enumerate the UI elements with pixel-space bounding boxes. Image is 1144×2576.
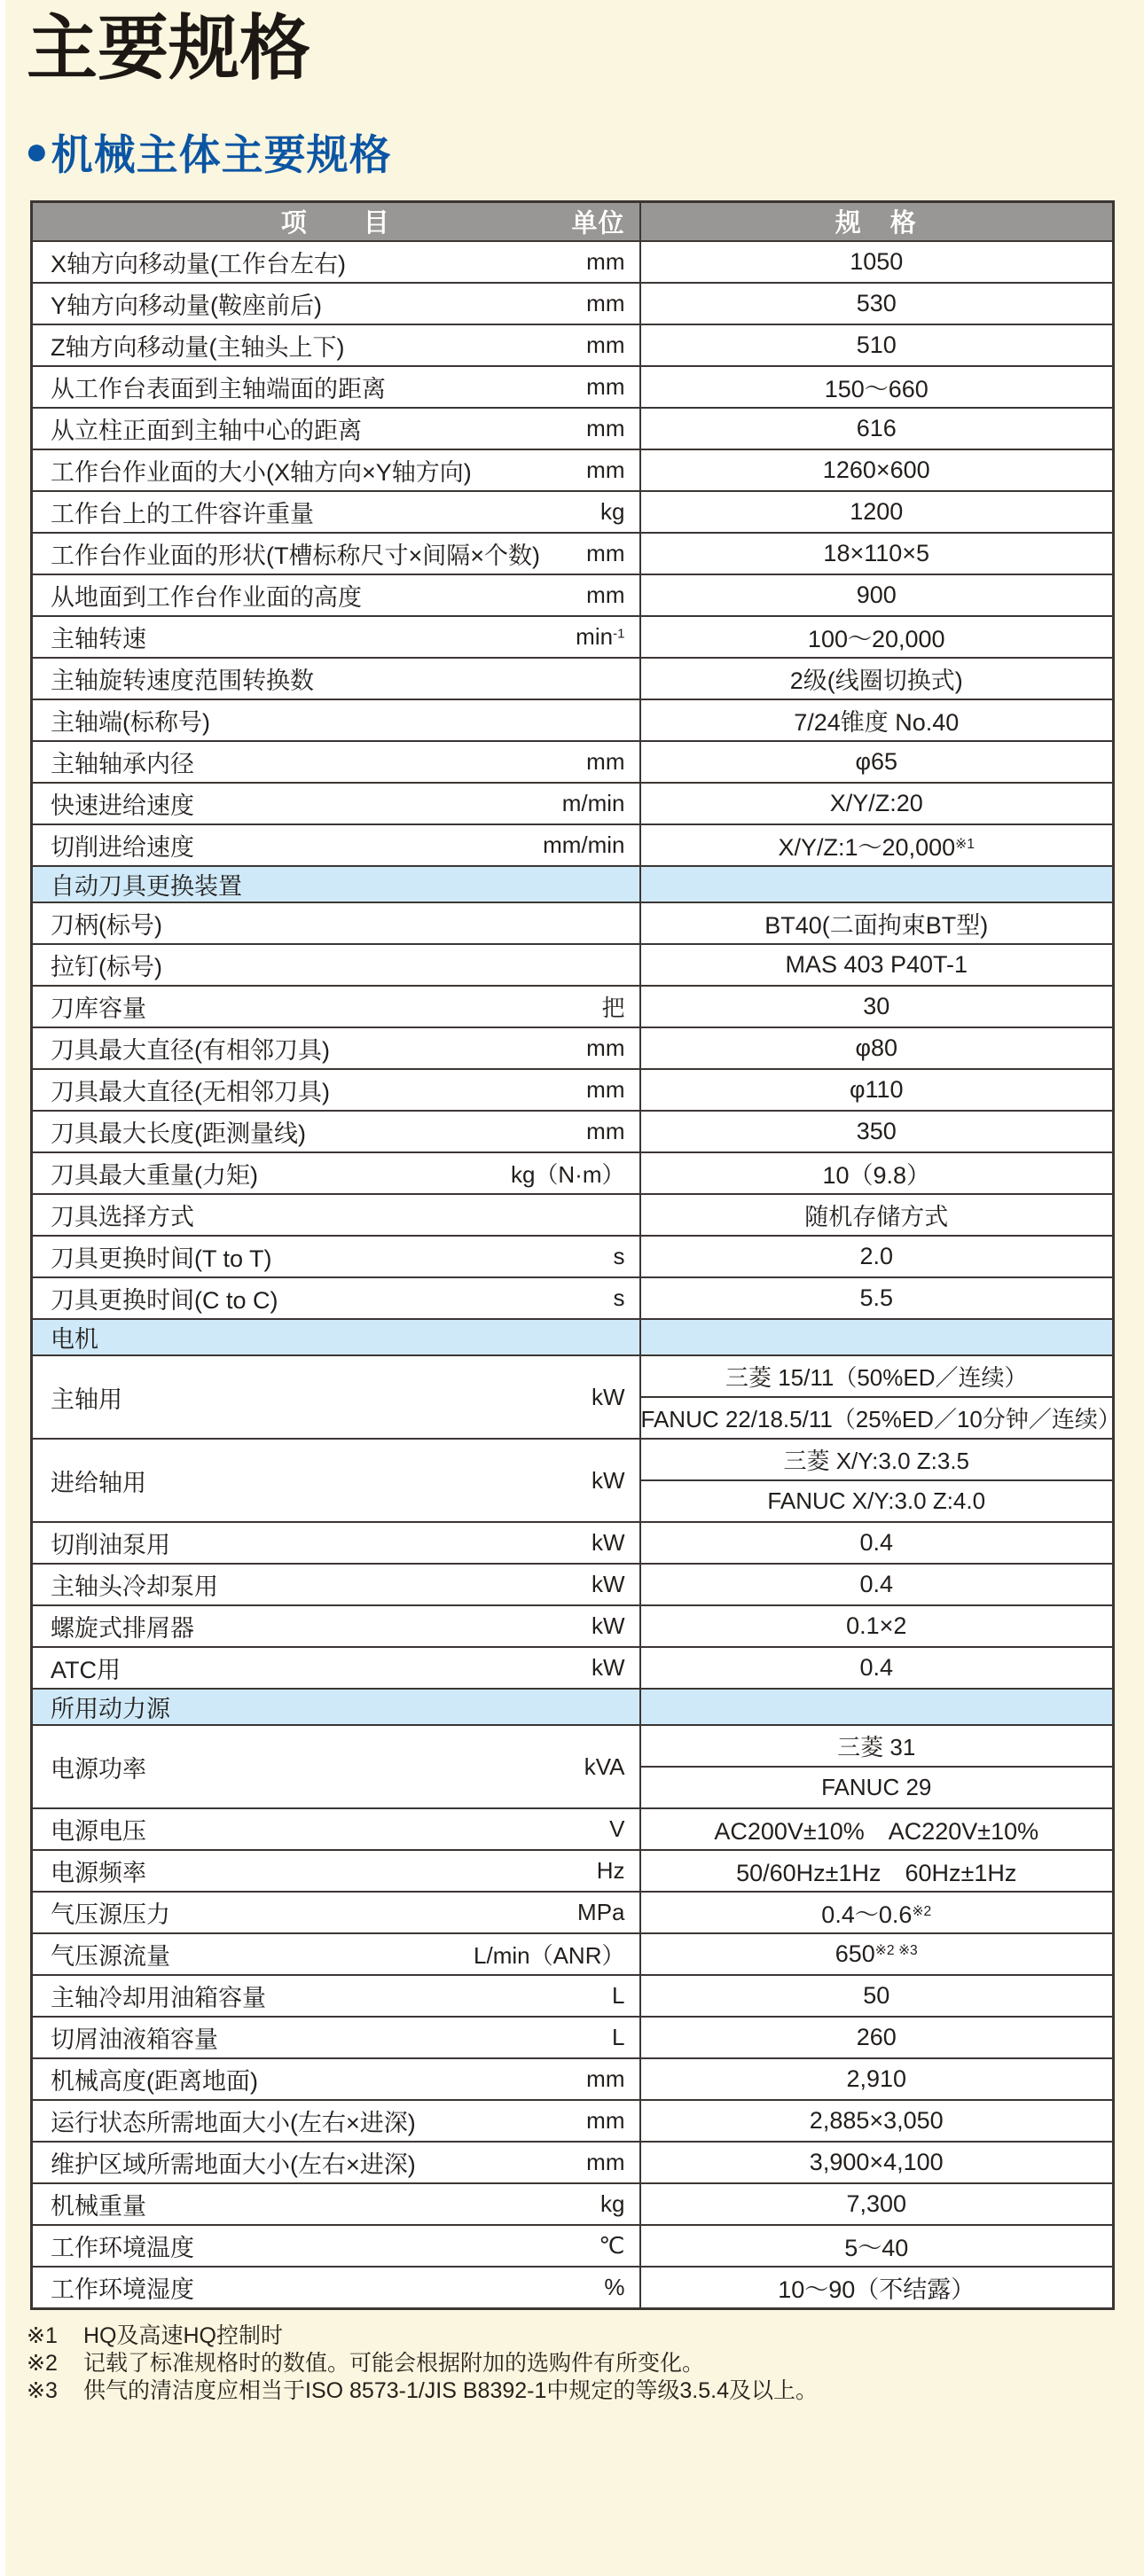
value-cell: 0.1×2: [640, 1605, 1114, 1647]
unit-label: s: [614, 1284, 639, 1312]
item-unit-wrap: 刀具选择方式: [33, 1198, 639, 1232]
group-row: 主轴用kW三菱 15/11（50%ED／连续）: [32, 1355, 1114, 1397]
item-unit-wrap: 主轴转速min-1: [33, 620, 639, 654]
table-row: 机械高度(距离地面)mm2,910: [32, 2058, 1114, 2100]
footnote-text: HQ及高速HQ控制时: [73, 2322, 283, 2350]
unit-label: kW: [592, 1384, 639, 1411]
item-unit-wrap: 拉钉(标号): [33, 948, 639, 982]
value-cell: 5～40: [640, 2225, 1114, 2267]
item-unit-wrap: 电源电压V: [33, 1812, 639, 1846]
item-unit-wrap: 工作台作业面的形状(T槽标称尺寸×间隔×个数)mm: [33, 536, 639, 571]
page-left-edge: [0, 0, 5, 2576]
table-row: 主轴轴承内径mmφ65: [32, 741, 1114, 783]
value-cell: 三菱 15/11（50%ED／连续）: [640, 1355, 1114, 1397]
section-row: 自动刀具更换装置: [32, 866, 1114, 902]
item-unit-cell: 主轴用kW: [32, 1355, 640, 1439]
table-row: 切削进给速度mm/minX/Y/Z:1～20,000※1: [32, 824, 1114, 866]
item-label: 气压源压力: [33, 1895, 170, 1930]
table-row: 机械重量kg7,300: [32, 2183, 1114, 2225]
unit-label: MPa: [577, 1899, 639, 1926]
item-label: 主轴冷却用油箱容量: [33, 1979, 266, 2013]
section-subtitle: ● 机械主体主要规格: [25, 122, 1144, 182]
table-row: 从地面到工作台作业面的高度mm900: [32, 574, 1114, 616]
item-unit-cell: 刀具选择方式: [32, 1194, 640, 1236]
value-cell: 50: [640, 1975, 1114, 2017]
item-unit-cell: 维护区域所需地面大小(左右×进深)mm: [32, 2142, 640, 2183]
group-row: 进给轴用kW三菱 X/Y:3.0 Z:3.5: [32, 1439, 1114, 1480]
unit-label: mm: [586, 582, 639, 609]
value-cell: 2级(线圈切换式): [640, 658, 1114, 699]
item-unit-wrap: 主轴用kW: [33, 1380, 639, 1415]
value-cell: 1260×600: [640, 449, 1114, 491]
item-label: 切削油泵用: [33, 1526, 170, 1560]
unit-label: m/min: [562, 790, 639, 817]
value-cell: 510: [640, 324, 1114, 366]
value-cell: φ110: [640, 1069, 1114, 1111]
item-label: 快速进给速度: [33, 786, 194, 821]
item-label: 主轴用: [33, 1380, 122, 1415]
table-row: 主轴冷却用油箱容量L50: [32, 1975, 1114, 2017]
value-cell: 50/60Hz±1Hz 60Hz±1Hz: [640, 1850, 1114, 1892]
unit-label: V: [609, 1815, 639, 1843]
unit-label: kW: [592, 1654, 639, 1682]
item-unit-wrap: 主轴端(标称号): [33, 703, 639, 738]
column-header-item-unit: 项 目 单位: [32, 201, 640, 241]
item-label: 工作环境温度: [33, 2229, 194, 2263]
value-cell: 260: [640, 2017, 1114, 2058]
table-row: 维护区域所需地面大小(左右×进深)mm3,900×4,100: [32, 2142, 1114, 2183]
item-unit-cell: 电源功率kVA: [32, 1725, 640, 1808]
value-cell: 900: [640, 574, 1114, 616]
item-label: Z轴方向移动量(主轴头上下): [33, 328, 344, 363]
value-cell: FANUC 22/18.5/11（25%ED／10分钟／连续）: [640, 1397, 1114, 1439]
item-unit-wrap: 工作环境湿度%: [33, 2270, 639, 2305]
column-header-unit: 单位: [571, 203, 624, 239]
footnote-item: ※2 记载了标准规格时的数值。可能会根据附加的选购件有所变化。: [27, 2350, 1144, 2377]
item-label: 刀具更换时间(C to C): [33, 1281, 278, 1315]
table-row: X轴方向移动量(工作台左右)mm1050: [32, 241, 1114, 283]
table-row: Y轴方向移动量(鞍座前后)mm530: [32, 283, 1114, 324]
item-unit-wrap: ATC用kW: [33, 1651, 639, 1685]
value-cell: 350: [640, 1111, 1114, 1152]
item-label: 从立柱正面到主轴中心的距离: [33, 411, 362, 446]
unit-label: L: [612, 1982, 639, 2010]
item-label: 工作台作业面的形状(T槽标称尺寸×间隔×个数): [33, 536, 540, 571]
item-label: 主轴轴承内径: [33, 745, 194, 779]
table-row: 刀具最大重量(力矩)kg（N·m）10（9.8）: [32, 1152, 1114, 1194]
item-label: 拉钉(标号): [33, 948, 162, 982]
table-row: 工作台作业面的大小(X轴方向×Y轴方向)mm1260×600: [32, 449, 1114, 491]
item-unit-wrap: 气压源压力MPa: [33, 1895, 639, 1930]
value-cell: FANUC X/Y:3.0 Z:4.0: [640, 1480, 1114, 1522]
item-unit-wrap: 机械重量kg: [33, 2187, 639, 2221]
table-row: 气压源压力MPa0.4～0.6※2: [32, 1892, 1114, 1933]
footnote-mark: ※3: [27, 2377, 73, 2405]
table-row: 快速进给速度m/minX/Y/Z:20: [32, 783, 1114, 824]
footnote-item: ※3 供气的清洁度应相当于ISO 8573-1/JIS B8392-1中规定的等…: [27, 2377, 1144, 2405]
unit-label: kg（N·m）: [511, 1157, 639, 1190]
table-row: 切削油泵用kW0.4: [32, 1522, 1114, 1564]
item-unit-wrap: 快速进给速度m/min: [33, 786, 639, 821]
value-cell: 150～660: [640, 366, 1114, 408]
table-row: 刀库容量把30: [32, 986, 1114, 1027]
item-unit-wrap: 刀柄(标号): [33, 906, 639, 941]
footnote-mark: ※2: [27, 2350, 73, 2377]
item-unit-wrap: 从地面到工作台作业面的高度mm: [33, 578, 639, 613]
item-unit-cell: 刀柄(标号): [32, 902, 640, 944]
unit-label: kW: [592, 1529, 639, 1557]
item-unit-cell: 运行状态所需地面大小(左右×进深)mm: [32, 2100, 640, 2142]
table-row: 工作环境温度℃5～40: [32, 2225, 1114, 2267]
item-label: 从地面到工作台作业面的高度: [33, 578, 362, 613]
item-unit-cell: 气压源压力MPa: [32, 1892, 640, 1933]
item-label: 切削进给速度: [33, 828, 194, 863]
item-unit-wrap: 刀具更换时间(T to T)s: [33, 1239, 639, 1274]
column-header-spec: 规 格: [640, 201, 1114, 241]
section-row: 电机: [32, 1319, 1114, 1355]
item-label: 气压源流量: [33, 1937, 170, 1971]
item-unit-wrap: 主轴旋转速度范围转换数: [33, 661, 639, 696]
section-label-cell: 电机: [32, 1319, 640, 1355]
value-cell: 2.0: [640, 1236, 1114, 1277]
item-unit-wrap: 机械高度(距离地面)mm: [33, 2062, 639, 2096]
item-unit-cell: 螺旋式排屑器kW: [32, 1605, 640, 1647]
table-row: 运行状态所需地面大小(左右×进深)mm2,885×3,050: [32, 2100, 1114, 2142]
item-label: Y轴方向移动量(鞍座前后): [33, 286, 322, 321]
unit-label: min-1: [576, 623, 639, 651]
item-label: 电源电压: [33, 1812, 146, 1846]
unit-label: mm: [586, 248, 639, 276]
section-row: 所用动力源: [32, 1689, 1114, 1725]
table-row: 切屑油液箱容量L260: [32, 2017, 1114, 2058]
value-cell: 616: [640, 408, 1114, 449]
item-unit-wrap: 主轴冷却用油箱容量L: [33, 1979, 639, 2013]
item-label: 刀具更换时间(T to T): [33, 1239, 272, 1274]
value-cell: BT40(二面拘束BT型): [640, 902, 1114, 944]
item-label: 工作台上的工件容许重量: [33, 495, 314, 529]
item-unit-wrap: 刀具最大长度(距测量线)mm: [33, 1114, 639, 1149]
value-cell: 650※2 ※3: [640, 1933, 1114, 1975]
section-label-cell: 所用动力源: [32, 1689, 640, 1725]
item-label: 主轴转速: [33, 620, 146, 654]
item-unit-cell: 刀库容量把: [32, 986, 640, 1027]
table-row: 主轴转速min-1100～20,000: [32, 616, 1114, 658]
item-label: 主轴头冷却泵用: [33, 1567, 218, 1602]
value-cell: φ65: [640, 741, 1114, 783]
item-unit-cell: 主轴头冷却泵用kW: [32, 1564, 640, 1605]
value-cell: FANUC 29: [640, 1767, 1114, 1808]
item-unit-cell: 电源电压V: [32, 1808, 640, 1850]
value-cell: 1200: [640, 491, 1114, 533]
value-cell: 随机存储方式: [640, 1194, 1114, 1236]
item-unit-cell: 从地面到工作台作业面的高度mm: [32, 574, 640, 616]
unit-label: kW: [592, 1467, 639, 1495]
item-unit-cell: 工作台作业面的形状(T槽标称尺寸×间隔×个数)mm: [32, 533, 640, 574]
table-row: 从工作台表面到主轴端面的距离mm150～660: [32, 366, 1114, 408]
table-row: Z轴方向移动量(主轴头上下)mm510: [32, 324, 1114, 366]
item-unit-wrap: 主轴轴承内径mm: [33, 745, 639, 779]
value-cell: 7/24锥度 No.40: [640, 699, 1114, 741]
unit-label: mm: [586, 373, 639, 401]
item-unit-cell: 主轴冷却用油箱容量L: [32, 1975, 640, 2017]
unit-label: mm: [586, 1076, 639, 1104]
item-unit-cell: 电源频率Hz: [32, 1850, 640, 1892]
group-row: 电源功率kVA三菱 31: [32, 1725, 1114, 1767]
section-empty-cell: [640, 1319, 1114, 1355]
item-label: 刀具最大直径(有相邻刀具): [33, 1031, 330, 1066]
unit-label: L: [612, 2024, 639, 2051]
item-unit-cell: 主轴旋转速度范围转换数: [32, 658, 640, 699]
footnote-ref-sup: ※1: [955, 837, 975, 852]
item-label: 工作台作业面的大小(X轴方向×Y轴方向): [33, 453, 472, 488]
item-unit-wrap: 进给轴用kW: [33, 1464, 639, 1498]
value-cell: 10（9.8）: [640, 1152, 1114, 1194]
value-cell: φ80: [640, 1027, 1114, 1069]
table-row: 电源频率Hz50/60Hz±1Hz 60Hz±1Hz: [32, 1850, 1114, 1892]
item-unit-cell: 主轴轴承内径mm: [32, 741, 640, 783]
item-unit-wrap: 工作环境温度℃: [33, 2229, 639, 2263]
footnote-text: 记载了标准规格时的数值。可能会根据附加的选购件有所变化。: [73, 2350, 704, 2377]
spec-table-body: X轴方向移动量(工作台左右)mm1050Y轴方向移动量(鞍座前后)mm530Z轴…: [32, 241, 1114, 2308]
item-unit-wrap: 主轴头冷却泵用kW: [33, 1567, 639, 1602]
item-unit-cell: 拉钉(标号): [32, 944, 640, 986]
column-header-item: 项 目: [33, 203, 639, 239]
item-label: 维护区域所需地面大小(左右×进深): [33, 2145, 416, 2180]
item-label: 从工作台表面到主轴端面的距离: [33, 370, 386, 404]
item-label: 主轴端(标称号): [33, 703, 210, 738]
item-unit-cell: 气压源流量L/min（ANR）: [32, 1933, 640, 1975]
unit-label: %: [604, 2274, 639, 2301]
item-unit-wrap: 刀具最大重量(力矩)kg（N·m）: [33, 1156, 639, 1190]
value-cell: 三菱 31: [640, 1725, 1114, 1767]
page-title: 主要规格: [0, 0, 1144, 87]
item-unit-wrap: 从工作台表面到主轴端面的距离mm: [33, 370, 639, 404]
item-unit-wrap: 气压源流量L/min（ANR）: [33, 1937, 639, 1971]
table-row: 从立柱正面到主轴中心的距离mm616: [32, 408, 1114, 449]
unit-label: kg: [600, 498, 639, 526]
section-empty-cell: [640, 1689, 1114, 1725]
item-unit-cell: 工作台上的工件容许重量kg: [32, 491, 640, 533]
item-unit-wrap: 运行状态所需地面大小(左右×进深)mm: [33, 2104, 639, 2138]
header-row: 项 目 单位 规 格: [32, 201, 1114, 241]
table-row: ATC用kW0.4: [32, 1647, 1114, 1689]
section-empty-cell: [640, 866, 1114, 902]
item-label: 运行状态所需地面大小(左右×进深): [33, 2104, 416, 2138]
table-row: 拉钉(标号)MAS 403 P40T-1: [32, 944, 1114, 986]
item-unit-wrap: 工作台作业面的大小(X轴方向×Y轴方向)mm: [33, 453, 639, 488]
footnote-ref-sup: -1: [613, 627, 624, 642]
value-cell: 0.4: [640, 1522, 1114, 1564]
value-cell: 0.4: [640, 1564, 1114, 1605]
item-unit-wrap: 工作台上的工件容许重量kg: [33, 495, 639, 529]
item-label: 切屑油液箱容量: [33, 2020, 218, 2055]
value-cell: 1050: [640, 241, 1114, 283]
item-unit-wrap: 刀具更换时间(C to C)s: [33, 1281, 639, 1315]
item-unit-wrap: 刀库容量把: [33, 989, 639, 1024]
item-unit-cell: 从工作台表面到主轴端面的距离mm: [32, 366, 640, 408]
table-row: 刀具选择方式随机存储方式: [32, 1194, 1114, 1236]
footnote-ref-sup: ※2: [912, 1904, 931, 1919]
value-cell: 0.4: [640, 1647, 1114, 1689]
value-cell: 5.5: [640, 1277, 1114, 1319]
table-row: 刀柄(标号)BT40(二面拘束BT型): [32, 902, 1114, 944]
value-cell: 3,900×4,100: [640, 2142, 1114, 2183]
value-cell: 0.4～0.6※2: [640, 1892, 1114, 1933]
item-label: 刀具最大长度(距测量线): [33, 1114, 306, 1149]
item-label: ATC用: [33, 1651, 121, 1685]
value-cell: 2,910: [640, 2058, 1114, 2100]
item-label: 刀具最大直径(无相邻刀具): [33, 1073, 330, 1107]
table-row: 螺旋式排屑器kW0.1×2: [32, 1605, 1114, 1647]
item-unit-cell: 工作台作业面的大小(X轴方向×Y轴方向)mm: [32, 449, 640, 491]
item-label: 刀柄(标号): [33, 906, 162, 941]
item-unit-cell: X轴方向移动量(工作台左右)mm: [32, 241, 640, 283]
unit-label: kg: [600, 2190, 639, 2218]
value-cell: 530: [640, 283, 1114, 324]
item-unit-cell: 切屑油液箱容量L: [32, 2017, 640, 2058]
unit-label: Hz: [597, 1857, 639, 1885]
item-label: 电源频率: [33, 1854, 146, 1888]
item-unit-wrap: 维护区域所需地面大小(左右×进深)mm: [33, 2145, 639, 2180]
item-unit-cell: 刀具最大重量(力矩)kg（N·m）: [32, 1152, 640, 1194]
table-row: 电源电压VAC200V±10% AC220V±10%: [32, 1808, 1114, 1850]
unit-label: mm/min: [543, 831, 639, 859]
value-cell: X/Y/Z:20: [640, 783, 1114, 824]
item-label: 机械重量: [33, 2187, 146, 2221]
item-label: 刀库容量: [33, 989, 146, 1024]
item-unit-cell: 从立柱正面到主轴中心的距离mm: [32, 408, 640, 449]
item-unit-cell: 切削进给速度mm/min: [32, 824, 640, 866]
item-unit-wrap: 刀具最大直径(有相邻刀具)mm: [33, 1031, 639, 1066]
item-unit-wrap: 电源频率Hz: [33, 1854, 639, 1888]
item-unit-cell: 刀具最大直径(有相邻刀具)mm: [32, 1027, 640, 1069]
value-cell: 18×110×5: [640, 533, 1114, 574]
unit-label: 把: [601, 990, 639, 1023]
footnote-ref-sup: ※2 ※3: [875, 1943, 918, 1958]
value-cell: 7,300: [640, 2183, 1114, 2225]
item-unit-wrap: 切削进给速度mm/min: [33, 828, 639, 863]
item-label: 机械高度(距离地面): [33, 2062, 258, 2096]
item-unit-cell: 主轴转速min-1: [32, 616, 640, 658]
unit-label: kVA: [584, 1753, 639, 1781]
footnote-item: ※1 HQ及高速HQ控制时: [27, 2322, 1144, 2350]
table-row: 刀具最大直径(有相邻刀具)mmφ80: [32, 1027, 1114, 1069]
item-unit-cell: 进给轴用kW: [32, 1439, 640, 1522]
value-cell: MAS 403 P40T-1: [640, 944, 1114, 986]
unit-label: mm: [586, 332, 639, 359]
item-unit-cell: 切削油泵用kW: [32, 1522, 640, 1564]
table-row: 气压源流量L/min（ANR）650※2 ※3: [32, 1933, 1114, 1975]
footnotes: ※1 HQ及高速HQ控制时 ※2 记载了标准规格时的数值。可能会根据附加的选购件…: [27, 2322, 1144, 2405]
item-unit-cell: 机械重量kg: [32, 2183, 640, 2225]
value-cell: 2,885×3,050: [640, 2100, 1114, 2142]
spec-table-header: 项 目 单位 规 格: [32, 201, 1114, 241]
table-row: 工作环境湿度%10～90（不结露）: [32, 2267, 1114, 2308]
value-cell: 三菱 X/Y:3.0 Z:3.5: [640, 1439, 1114, 1480]
table-row: 刀具最大长度(距测量线)mm350: [32, 1111, 1114, 1152]
unit-label: kW: [592, 1571, 639, 1598]
unit-label: s: [614, 1243, 639, 1270]
unit-label: mm: [586, 2149, 639, 2176]
item-unit-cell: Z轴方向移动量(主轴头上下)mm: [32, 324, 640, 366]
item-label: 刀具最大重量(力矩): [33, 1156, 258, 1190]
unit-label: L/min（ANR）: [474, 1938, 639, 1971]
item-unit-cell: 主轴端(标称号): [32, 699, 640, 741]
footnote-mark: ※1: [27, 2322, 73, 2350]
item-label: 电源功率: [33, 1750, 146, 1784]
unit-label: mm: [586, 457, 639, 484]
item-unit-wrap: 刀具最大直径(无相邻刀具)mm: [33, 1073, 639, 1107]
table-row: 刀具更换时间(T to T)s2.0: [32, 1236, 1114, 1277]
table-row: 主轴头冷却泵用kW0.4: [32, 1564, 1114, 1605]
table-row: 主轴旋转速度范围转换数2级(线圈切换式): [32, 658, 1114, 699]
unit-label: mm: [586, 1118, 639, 1145]
table-row: 工作台作业面的形状(T槽标称尺寸×间隔×个数)mm18×110×5: [32, 533, 1114, 574]
item-unit-cell: 机械高度(距离地面)mm: [32, 2058, 640, 2100]
item-unit-cell: ATC用kW: [32, 1647, 640, 1689]
bullet-icon: ●: [25, 132, 50, 171]
unit-label: mm: [586, 290, 639, 317]
item-unit-cell: Y轴方向移动量(鞍座前后)mm: [32, 283, 640, 324]
item-unit-cell: 刀具更换时间(C to C)s: [32, 1277, 640, 1319]
item-unit-wrap: 螺旋式排屑器kW: [33, 1609, 639, 1643]
unit-label: mm: [586, 2065, 639, 2093]
footnote-text: 供气的清洁度应相当于ISO 8573-1/JIS B8392-1中规定的等级3.…: [73, 2377, 818, 2405]
item-unit-wrap: 从立柱正面到主轴中心的距离mm: [33, 411, 639, 446]
unit-label: mm: [586, 1034, 639, 1062]
item-unit-wrap: 切屑油液箱容量L: [33, 2020, 639, 2055]
unit-label: mm: [586, 415, 639, 442]
unit-label: mm: [586, 748, 639, 776]
item-unit-cell: 刀具最大直径(无相邻刀具)mm: [32, 1069, 640, 1111]
unit-label: ℃: [599, 2232, 639, 2260]
item-label: 螺旋式排屑器: [33, 1609, 194, 1643]
item-label: 工作环境湿度: [33, 2270, 194, 2305]
value-cell: 30: [640, 986, 1114, 1027]
item-unit-cell: 工作环境湿度%: [32, 2267, 640, 2308]
item-unit-wrap: 切削油泵用kW: [33, 1526, 639, 1560]
item-unit-cell: 工作环境温度℃: [32, 2225, 640, 2267]
item-label: 主轴旋转速度范围转换数: [33, 661, 314, 696]
unit-label: mm: [586, 2107, 639, 2135]
unit-label: kW: [592, 1612, 639, 1640]
item-unit-cell: 快速进给速度m/min: [32, 783, 640, 824]
item-unit-cell: 刀具最大长度(距测量线)mm: [32, 1111, 640, 1152]
item-unit-wrap: 电源功率kVA: [33, 1750, 639, 1784]
item-unit-wrap: Y轴方向移动量(鞍座前后)mm: [33, 286, 639, 321]
section-label-cell: 自动刀具更换装置: [32, 866, 640, 902]
table-row: 刀具最大直径(无相邻刀具)mmφ110: [32, 1069, 1114, 1111]
item-unit-wrap: X轴方向移动量(工作台左右)mm: [33, 245, 639, 279]
item-label: X轴方向移动量(工作台左右): [33, 245, 346, 279]
item-label: 刀具选择方式: [33, 1198, 194, 1232]
item-unit-cell: 刀具更换时间(T to T)s: [32, 1236, 640, 1277]
spec-table: 项 目 单位 规 格 X轴方向移动量(工作台左右)mm1050Y轴方向移动量(鞍…: [30, 200, 1115, 2310]
table-row: 刀具更换时间(C to C)s5.5: [32, 1277, 1114, 1319]
table-row: 工作台上的工件容许重量kg1200: [32, 491, 1114, 533]
item-unit-wrap: Z轴方向移动量(主轴头上下)mm: [33, 328, 639, 363]
unit-label: mm: [586, 540, 639, 567]
table-row: 主轴端(标称号)7/24锥度 No.40: [32, 699, 1114, 741]
item-label: 进给轴用: [33, 1464, 146, 1498]
value-cell: 100～20,000: [640, 616, 1114, 658]
value-cell: AC200V±10% AC220V±10%: [640, 1808, 1114, 1850]
value-cell: 10～90（不结露）: [640, 2267, 1114, 2308]
value-cell: X/Y/Z:1～20,000※1: [640, 824, 1114, 866]
section-subtitle-label: 机械主体主要规格: [51, 122, 392, 182]
